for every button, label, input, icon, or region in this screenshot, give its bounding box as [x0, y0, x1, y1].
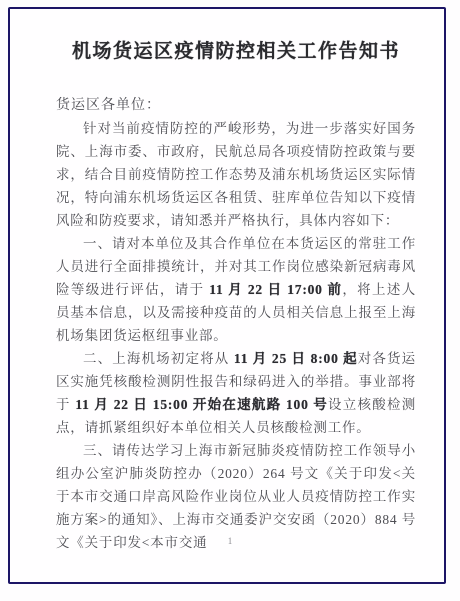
- bold-text-run: 11 月 22 日 15:00 开始在速航路 100 号: [75, 397, 328, 412]
- salutation-line: 货运区各单位：: [56, 94, 416, 117]
- paragraph: 二、上海机场初定将从 11 月 25 日 8:00 起对各货运区实施凭核酸检测阴…: [56, 347, 416, 439]
- text-run: 三、请传达学习上海市新冠肺炎疫情防控工作领导小组办公室沪肺炎防控办（2020）2…: [56, 443, 416, 550]
- document-page: 机场货运区疫情防控相关工作告知书 货运区各单位： 针对当前疫情防控的严峻形势，为…: [0, 0, 460, 601]
- paragraphs: 针对当前疫情防控的严峻形势，为进一步落实好国务院、上海市委、市政府，民航总局各项…: [56, 117, 416, 554]
- text-run: 二、上海机场初定将从: [83, 351, 234, 366]
- bold-text-run: 11 月 25 日 8:00 起: [234, 351, 358, 366]
- bold-text-run: 11 月 22 日 17:00 前: [209, 282, 342, 297]
- document-title: 机场货运区疫情防控相关工作告知书: [56, 40, 416, 64]
- text-run: 针对当前疫情防控的严峻形势，为进一步落实好国务院、上海市委、市政府，民航总局各项…: [56, 121, 416, 228]
- paragraph: 一、请对本单位及其合作单位在本货运区的常驻工作人员进行全面排摸统计，并对其工作岗…: [56, 232, 416, 347]
- paragraph: 针对当前疫情防控的严峻形势，为进一步落实好国务院、上海市委、市政府，民航总局各项…: [56, 117, 416, 232]
- document-content: 机场货运区疫情防控相关工作告知书 货运区各单位： 针对当前疫情防控的严峻形势，为…: [56, 40, 416, 554]
- page-number: 1: [0, 536, 460, 546]
